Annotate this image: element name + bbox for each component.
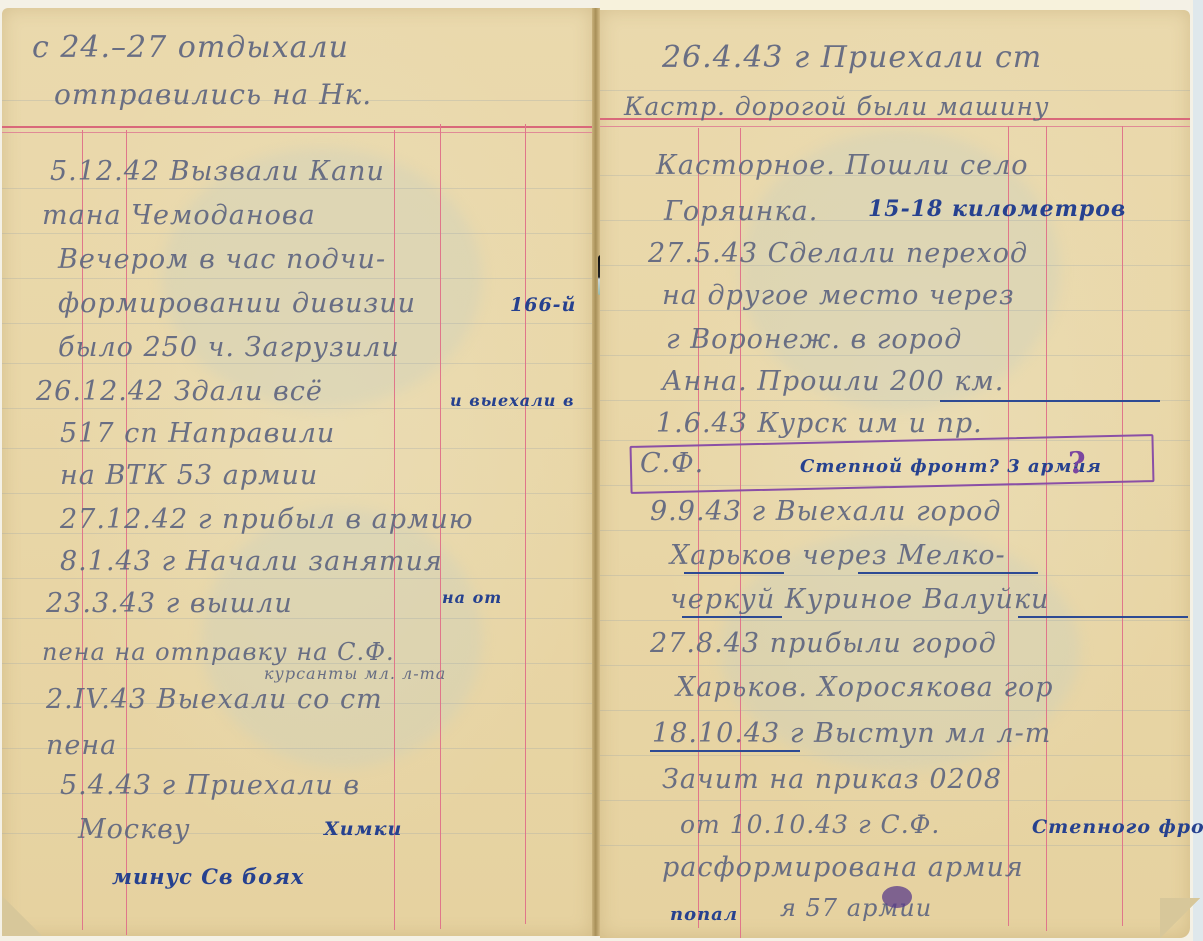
diary-line: Кастр. дорогой были машину	[624, 92, 1050, 121]
left-page: с 24.–27 отдыхали отправились на Нк. 5.1…	[2, 8, 592, 936]
diary-line: формировании дивизии	[58, 288, 416, 319]
scan-background-edge	[1193, 0, 1203, 941]
diary-line: на другое место через	[662, 280, 1015, 311]
diary-line: 18.10.43 г Выступ мл л-т	[652, 718, 1051, 749]
margin-note: 15-18 километров	[868, 196, 1126, 222]
diary-line: 27.5.43 Сделали переход	[648, 238, 1028, 269]
underline	[940, 400, 1160, 402]
diary-line: было 250 ч. Загрузили	[58, 332, 400, 363]
diary-line: тана Чемоданова	[42, 200, 316, 231]
margin-note: Химки	[324, 818, 402, 840]
diary-line: от 10.10.43 г С.Ф.	[680, 810, 940, 839]
diary-line: г Воронеж. в город	[666, 324, 962, 355]
margin-note: на от	[442, 588, 502, 607]
right-page: 26.4.43 г Приехали ст Кастр. дорогой был…	[600, 10, 1190, 938]
diary-line: 517 сп Направили	[60, 418, 335, 449]
margin-note: 166-й	[510, 294, 576, 316]
folded-corner	[2, 896, 42, 936]
margin-note: Степного фронта	[1032, 816, 1203, 838]
diary-line: черкуй Куриное Валуйки	[670, 584, 1049, 615]
diary-line: 9.9.43 г Выехали город	[650, 496, 1002, 527]
question-mark: ?	[1068, 446, 1087, 481]
margin-note: попал	[670, 904, 738, 925]
diary-line: 8.1.43 г Начали занятия	[60, 546, 443, 577]
diary-line: 23.3.43 г вышли	[46, 588, 293, 619]
diary-line: курсанты мл. л-та	[264, 664, 446, 683]
diary-line: 27.12.42 г прибыл в армию	[60, 504, 474, 535]
diary-line: Вечером в час подчи-	[58, 244, 386, 275]
diary-line: Зачит на приказ 0208	[662, 764, 1002, 795]
header-line: отправились на Нк.	[54, 78, 372, 111]
diary-line: 26.4.43 г Приехали ст	[662, 40, 1042, 75]
underlying-sheet-edge	[600, 0, 1140, 10]
diary-line: 1.6.43 Курск им и пр.	[656, 408, 983, 439]
folded-corner	[1160, 898, 1200, 938]
ink-blot	[882, 886, 912, 908]
diary-line: Харьков через Мелко-	[670, 540, 1006, 571]
diary-line: 27.8.43 прибыли город	[650, 628, 997, 659]
diary-line: Анна. Прошли 200 км.	[662, 366, 1004, 397]
diary-line: Харьков. Хоросякова гор	[676, 672, 1054, 703]
diary-line: 2.IV.43 Выехали со ст	[46, 684, 383, 715]
header-line: с 24.–27 отдыхали	[32, 30, 349, 65]
diary-line: С.Ф.	[640, 448, 704, 479]
diary-line: 5.4.43 г Приехали в	[60, 770, 360, 801]
margin-note: и выехали в	[450, 391, 575, 410]
margin-note: Степной фронт? 3 армия	[800, 456, 1102, 477]
diary-line: расформирована армия	[662, 852, 1024, 883]
diary-line: Горяинка.	[664, 196, 818, 227]
diary-line: на ВТК 53 армии	[60, 460, 318, 491]
notebook-spread: с 24.–27 отдыхали отправились на Нк. 5.1…	[0, 0, 1203, 941]
diary-line: Москву	[78, 814, 191, 845]
diary-line: пена	[46, 730, 117, 761]
underline	[650, 750, 800, 752]
diary-line: 26.12.42 Здали всё	[36, 376, 323, 407]
notebook-spine	[592, 8, 600, 936]
diary-line: 5.12.42 Вызвали Капи	[50, 156, 385, 187]
diary-line: пена на отправку на С.Ф.	[42, 638, 395, 666]
diary-line: Касторное. Пошли село	[656, 150, 1029, 181]
top-margin-rule	[2, 126, 592, 128]
diary-line: минус Св боях	[112, 864, 304, 889]
